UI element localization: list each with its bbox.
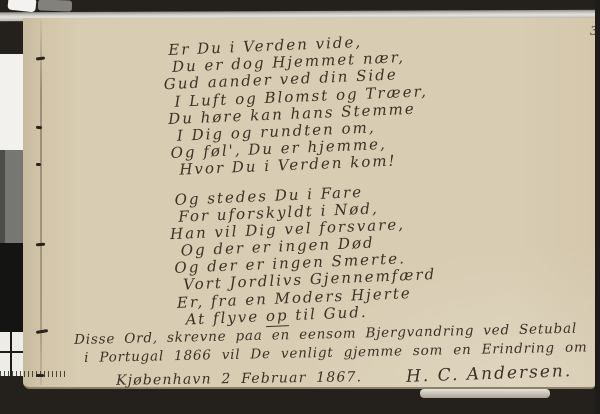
registration-target	[0, 332, 23, 376]
poem-stanza-1: Er Du i Verden vide, Du er dog Hjemmet n…	[168, 31, 432, 179]
frame-right-edge	[595, 0, 600, 414]
stitch-mark	[36, 126, 42, 129]
stitch-mark	[36, 374, 44, 377]
poem-text-fragment: til Gud.	[288, 303, 368, 324]
calibration-gray-patch	[0, 150, 23, 243]
page-clip	[7, 0, 36, 12]
underlined-word: op	[265, 306, 288, 327]
poem-text: Er Du i Verden vide, Du er dog Hjemmet n…	[168, 31, 438, 329]
crosshair-icon	[0, 351, 23, 353]
calibration-black-patch	[0, 243, 23, 332]
crosshair-icon	[10, 332, 12, 376]
calibration-white-patch	[0, 54, 23, 150]
poem-text-fragment: At flyve	[185, 307, 266, 328]
poem-stanza-2: Og stedes Du i Fare For uforskyldt i Nød…	[174, 181, 438, 329]
page-clip-shadow	[38, 0, 72, 12]
stitch-mark	[36, 163, 41, 166]
scanned-album-page: Er Du i Verden vide, Du er dog Hjemmet n…	[0, 0, 600, 414]
ruler-ticks	[0, 371, 68, 377]
page-edge-bottom	[420, 389, 550, 398]
